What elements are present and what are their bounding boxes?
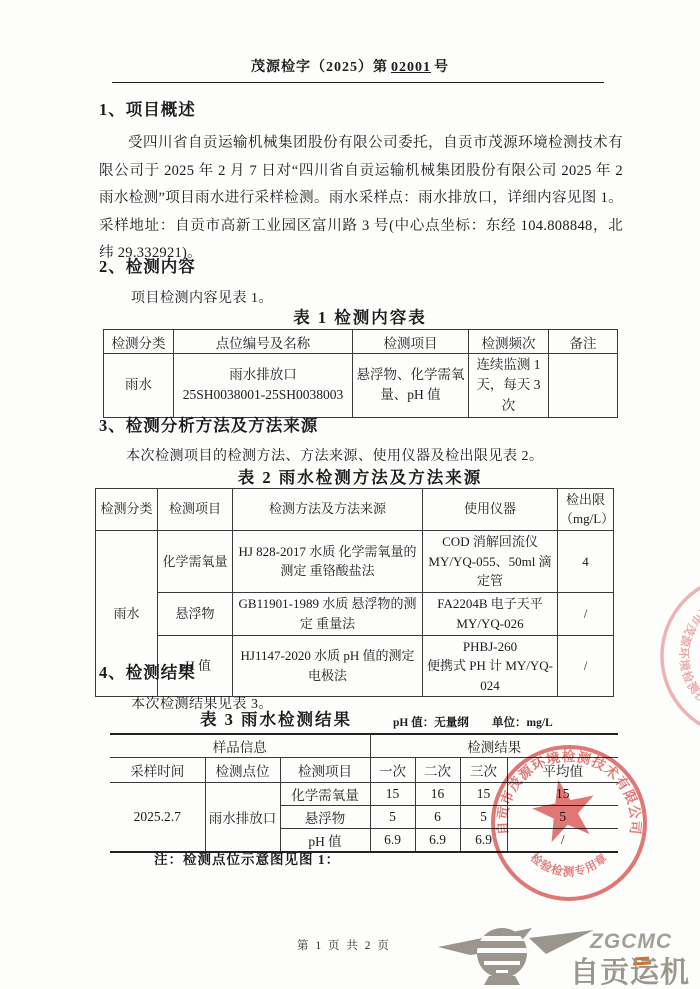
table1-title: 表 1 检测内容表 [100, 304, 620, 328]
table1-cell-point: 雨水排放口 25SH0038001-25SH0038003 [174, 354, 353, 418]
logo-name-text: 自贡运机 [570, 956, 690, 987]
table1-data-row: 雨水 雨水排放口 25SH0038001-25SH0038003 悬浮物、化学需… [104, 354, 618, 418]
table1-header-row: 检测分类 点位编号及名称 检测项目 检测频次 备注 [104, 330, 618, 354]
table2-title: 表 2 雨水检测方法及方法来源 [100, 464, 620, 488]
table1-header-category: 检测分类 [104, 330, 174, 354]
zgcmc-logo: ZGCMC 自贡运机 [432, 921, 698, 987]
table2-header-limit: 检出限 （mg/L） [558, 489, 614, 531]
table1-content-table: 检测分类 点位编号及名称 检测项目 检测频次 备注 雨水 雨水排放口 25SH0… [103, 329, 618, 418]
table3-cell-v2: 16 [415, 783, 460, 806]
instrument-line2: 便携式 PH 计 MY/YQ-024 [425, 656, 555, 695]
table2-cell-limit: 4 [558, 531, 614, 593]
svg-text:自贡市茂源环境检测技术有限公司: 自贡市茂源环境检测技术有限公司 [642, 560, 700, 721]
table3-group-header-row: 样品信息 检测结果 [110, 734, 618, 758]
logo-wing-right-icon [529, 930, 594, 954]
limit-label-line1: 检出限 [560, 491, 611, 509]
table1-header-remark: 备注 [549, 330, 618, 354]
instrument-line1: COD 消解回流仪 [425, 532, 555, 552]
table3-cell-v1: 5 [370, 806, 415, 829]
table2-cell-method: GB11901-1989 水质 悬浮物的测定 重量法 [233, 592, 423, 635]
table3-cell-v1: 15 [370, 783, 415, 806]
table2-cell-instrument: FA2204B 电子天平 MY/YQ-026 [423, 592, 558, 635]
point-name: 雨水排放口 [176, 365, 350, 385]
table2-cell-item: 化学需氧量 [158, 531, 233, 593]
table3-cell-date: 2025.2.7 [110, 783, 205, 853]
table1-cell-items: 悬浮物、化学需氧量、pH 值 [353, 354, 469, 418]
section2-title: 2、检测内容 [99, 253, 196, 277]
table2-cell-instrument: PHBJ-260 便携式 PH 计 MY/YQ-024 [423, 635, 558, 697]
header-divider [112, 82, 604, 83]
table3-row-cod: 2025.2.7 雨水排放口 化学需氧量 15 16 15 15 [110, 783, 618, 806]
edge-seal-company-text: 自贡市茂源环境检测技术有限公司 [642, 560, 700, 721]
table2-header-method: 检测方法及方法来源 [233, 489, 423, 531]
table3-header-item: 检测项目 [280, 758, 370, 783]
table3-header-date: 采样时间 [110, 758, 205, 783]
report-ref-line: 茂源检字（2025）第02001号 [0, 56, 700, 76]
table2-cell-method: HJ1147-2020 水质 pH 值的测定 电极法 [233, 635, 423, 697]
instrument-line2: MY/YQ-026 [425, 614, 555, 634]
table3-cell-avg: 15 [507, 783, 618, 806]
table3-cell-v3: 6.9 [460, 829, 507, 853]
table2-cell-limit: / [558, 635, 614, 697]
figure-note: 注：检测点位示意图见图 1： [154, 848, 340, 868]
instrument-line1: FA2204B 电子天平 [425, 594, 555, 614]
table2-cell-limit: / [558, 592, 614, 635]
table3-cell-v3: 15 [460, 783, 507, 806]
ref-suffix: 号 [434, 60, 449, 75]
point-code: 25SH0038001-25SH0038003 [176, 385, 350, 405]
table3-header-point: 检测点位 [205, 758, 280, 783]
logo-drum-icon [476, 928, 528, 985]
table1-header-point: 点位编号及名称 [174, 330, 353, 354]
instrument-line1: PHBJ-260 [425, 637, 555, 657]
table3-results-table: 样品信息 检测结果 采样时间 检测点位 检测项目 一次 二次 三次 平均值 20… [110, 733, 618, 853]
section1-title: 1、项目概述 [99, 96, 196, 120]
section3-title: 3、检测分析方法及方法来源 [99, 412, 318, 436]
table2-row-ss: 悬浮物 GB11901-1989 水质 悬浮物的测定 重量法 FA2204B 电… [96, 592, 614, 635]
limit-label-line2: （mg/L） [560, 510, 611, 528]
table2-cell-item: 悬浮物 [158, 592, 233, 635]
logo-abbr-text: ZGCMC [589, 930, 672, 953]
table3-unit-note: 单位：mg/L [492, 714, 553, 730]
ref-number: 02001 [388, 60, 434, 75]
table3-header-row: 采样时间 检测点位 检测项目 一次 二次 三次 平均值 [110, 758, 618, 783]
table3-cell-v2: 6.9 [415, 829, 460, 853]
group-header-sample: 样品信息 [110, 734, 370, 758]
table1-header-items: 检测项目 [353, 330, 469, 354]
table3-cell-v1: 6.9 [370, 829, 415, 853]
table3-cell-item: 悬浮物 [280, 806, 370, 829]
document-page: 茂源检字（2025）第02001号 1、项目概述 受四川省自贡运输机械集团股份有… [0, 0, 700, 989]
table2-header-row: 检测分类 检测项目 检测方法及方法来源 使用仪器 检出限 （mg/L） [96, 489, 614, 531]
section3-lead: 本次检测项目的检测方法、方法来源、使用仪器及检出限见表 2。 [126, 445, 544, 465]
table3-cell-v2: 6 [415, 806, 460, 829]
page-number: 第 1 页 共 2 页 [297, 937, 391, 953]
svg-text:检验检测专用章: 检验检测专用章 [528, 850, 611, 878]
section1-paragraph: 受四川省自贡运输机械集团股份有限公司委托，自贡市茂源环境检测技术有限公司于 20… [99, 130, 623, 268]
table3-cell-point: 雨水排放口 [205, 783, 280, 853]
table2-header-instrument: 使用仪器 [423, 489, 558, 531]
table3-cell-item: 化学需氧量 [280, 783, 370, 806]
seal-label-text: 检验检测专用章 [528, 850, 611, 878]
table3-cell-avg: / [507, 829, 618, 853]
table2-cell-method: HJ 828-2017 水质 化学需氧量的测定 重铬酸盐法 [233, 531, 423, 593]
table3-ph-note: pH 值：无量纲 [393, 714, 469, 730]
table3-cell-v3: 5 [460, 806, 507, 829]
table3-header-third: 三次 [460, 758, 507, 783]
table3-header-second: 二次 [415, 758, 460, 783]
table3-cell-avg: 5 [507, 806, 618, 829]
table3-header-first: 一次 [370, 758, 415, 783]
group-header-results: 检测结果 [370, 734, 618, 758]
table1-header-frequency: 检测频次 [469, 330, 549, 354]
table2-cell-instrument: COD 消解回流仪 MY/YQ-055、50ml 滴定管 [423, 531, 558, 593]
edge-seal-stamp: 自贡市茂源环境检测技术有限公司 检验检测专用章 [642, 560, 700, 752]
table2-header-item: 检测项目 [158, 489, 233, 531]
table1-cell-category: 雨水 [104, 354, 174, 418]
table2-header-category: 检测分类 [96, 489, 158, 531]
edge-seal-ring [662, 576, 700, 736]
table3-title: 表 3 雨水检测结果 [200, 706, 352, 730]
instrument-line2: MY/YQ-055、50ml 滴定管 [425, 552, 555, 591]
table1-cell-remark [549, 354, 618, 418]
ref-prefix: 茂源检字（2025）第 [251, 60, 388, 75]
table3-header-average: 平均值 [507, 758, 618, 783]
table1-cell-frequency: 连续监测 1 天，每天 3 次 [469, 354, 549, 418]
section4-title: 4、检测结果 [99, 659, 196, 683]
table2-row-cod: 雨水 化学需氧量 HJ 828-2017 水质 化学需氧量的测定 重铬酸盐法 C… [96, 531, 614, 593]
